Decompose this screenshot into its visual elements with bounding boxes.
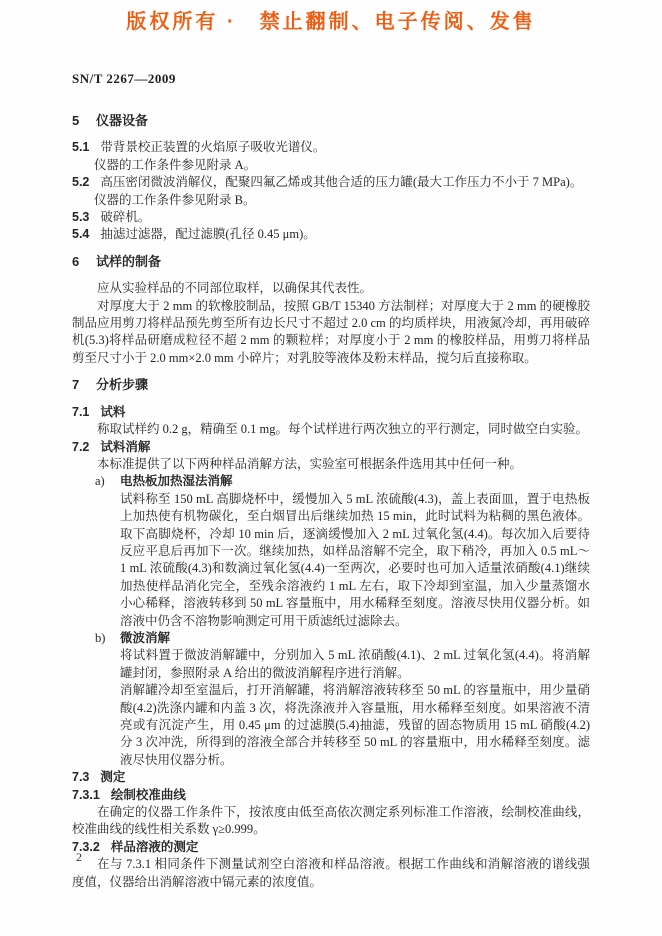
section-5-number: 5 bbox=[72, 112, 82, 129]
clause-5-1: 5.1带背景校正装置的火焰原子吸收光谱仪。 bbox=[72, 139, 590, 156]
copyright-banner: 版权所有 · 禁止翻制、电子传阅、发售 bbox=[0, 5, 662, 34]
list-item-b-title: 微波消解 bbox=[120, 631, 170, 645]
section-5-heading: 5仪器设备 bbox=[72, 112, 590, 129]
standard-number: SN/T 2267—2009 bbox=[72, 71, 176, 87]
subsection-7-3-title: 测定 bbox=[100, 770, 125, 784]
clause-5-2-number: 5.2 bbox=[72, 175, 89, 189]
paragraph-7-1: 称取试样约 0.2 g，精确至 0.1 mg。每个试样进行两次独立的平行测定，同… bbox=[72, 421, 590, 438]
clause-5-2: 5.2高压密闭微波消解仪，配聚四氟乙烯或其他合适的压力罐(最大工作压力不小于 7… bbox=[72, 174, 590, 191]
subsection-7-2-number: 7.2 bbox=[72, 440, 89, 454]
paragraph-7-3-1: 在确定的仪器工作条件下，按浓度由低至高依次测定系列标准工作溶液，绘制校准曲线，校… bbox=[72, 804, 590, 839]
clause-5-4-text: 抽滤过滤器，配过滤膜(孔径 0.45 μm)。 bbox=[100, 227, 315, 241]
list-item-b-label: b) bbox=[95, 630, 120, 647]
clause-5-1-note: 仪器的工作条件参见附录 A。 bbox=[72, 157, 590, 174]
paragraph-6-1: 应从实验样品的不同部位取样，以确保其代表性。 bbox=[72, 280, 590, 297]
section-6-title: 试样的制备 bbox=[96, 254, 161, 269]
document-page: 版权所有 · 禁止翻制、电子传阅、发售 SN/T 2267—2009 5仪器设备… bbox=[0, 0, 662, 936]
paragraph-6-2: 对厚度大于 2 mm 的软橡胶制品，按照 GB/T 15340 方法制样；对厚度… bbox=[72, 298, 590, 368]
section-6-heading: 6试样的制备 bbox=[72, 253, 590, 270]
section-6-number: 6 bbox=[72, 253, 82, 270]
clause-5-4-number: 5.4 bbox=[72, 227, 89, 241]
list-item-b-paragraph-2: 消解罐冷却至室温后，打开消解罐，将消解溶液转移至 50 mL 的容量瓶中，用少量… bbox=[120, 682, 590, 769]
clause-5-2-text: 高压密闭微波消解仪，配聚四氟乙烯或其他合适的压力罐(最大工作压力不小于 7 MP… bbox=[100, 175, 582, 189]
subsection-7-2-heading: 7.2试料消解 bbox=[72, 439, 590, 456]
subsection-7-1-heading: 7.1试料 bbox=[72, 404, 590, 421]
subsection-7-3-2-title: 样品溶液的测定 bbox=[111, 840, 199, 854]
subsection-7-3-heading: 7.3测定 bbox=[72, 769, 590, 786]
subsection-7-3-1-heading: 7.3.1绘制校准曲线 bbox=[72, 787, 590, 804]
subsection-7-2-title: 试料消解 bbox=[100, 440, 150, 454]
list-item-a-label: a) bbox=[95, 473, 120, 490]
page-number: 2 bbox=[76, 850, 82, 865]
section-7-number: 7 bbox=[72, 376, 82, 393]
clause-5-1-text: 带背景校正装置的火焰原子吸收光谱仪。 bbox=[100, 140, 325, 154]
list-item-b-paragraph-1: 将试料置于微波消解罐中，分别加入 5 mL 浓硝酸(4.1)、2 mL 过氧化氢… bbox=[120, 647, 590, 682]
list-item-b: b)微波消解 bbox=[72, 630, 590, 647]
paragraph-7-2-intro: 本标准提供了以下两种样品消解方法，实验室可根据条件选用其中任何一种。 bbox=[72, 456, 590, 473]
section-7-title: 分析步骤 bbox=[96, 377, 148, 392]
clause-5-2-note: 仪器的工作条件参见附录 B。 bbox=[72, 192, 590, 209]
subsection-7-3-2-heading: 7.3.2样品溶液的测定 bbox=[72, 839, 590, 856]
subsection-7-1-number: 7.1 bbox=[72, 405, 89, 419]
section-5-title: 仪器设备 bbox=[96, 113, 148, 128]
clause-5-3-text: 破碎机。 bbox=[100, 210, 150, 224]
clause-5-4: 5.4抽滤过滤器，配过滤膜(孔径 0.45 μm)。 bbox=[72, 226, 590, 243]
clause-5-3: 5.3破碎机。 bbox=[72, 209, 590, 226]
list-item-a-title: 电热板加热湿法消解 bbox=[120, 474, 233, 488]
subsection-7-3-1-number: 7.3.1 bbox=[72, 788, 100, 802]
clause-5-3-number: 5.3 bbox=[72, 210, 89, 224]
clause-5-1-number: 5.1 bbox=[72, 140, 89, 154]
subsection-7-3-1-title: 绘制校准曲线 bbox=[111, 788, 186, 802]
paragraph-7-3-2: 在与 7.3.1 相同条件下测量试剂空白溶液和样品溶液。根据工作曲线和消解溶液的… bbox=[72, 856, 590, 891]
subsection-7-3-number: 7.3 bbox=[72, 770, 89, 784]
section-7-heading: 7分析步骤 bbox=[72, 376, 590, 393]
subsection-7-1-title: 试料 bbox=[100, 405, 125, 419]
list-item-a-paragraph: 试料称至 150 mL 高脚烧杯中，缓慢加入 5 mL 浓硫酸(4.3)，盖上表… bbox=[120, 491, 590, 630]
document-body: 5仪器设备 5.1带背景校正装置的火焰原子吸收光谱仪。 仪器的工作条件参见附录 … bbox=[72, 112, 590, 891]
list-item-a: a)电热板加热湿法消解 bbox=[72, 473, 590, 490]
